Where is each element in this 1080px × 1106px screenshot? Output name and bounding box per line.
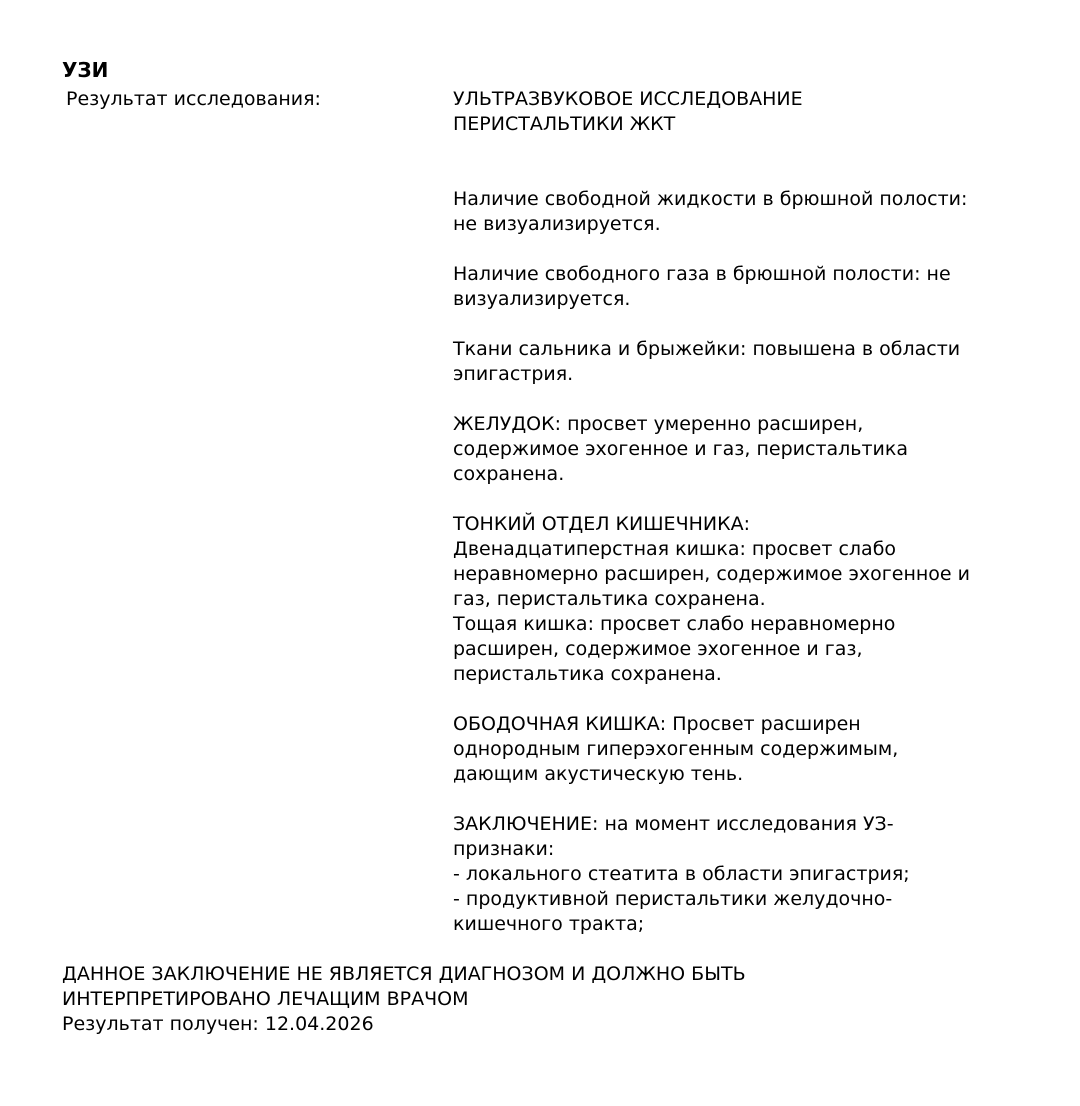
finding-small-intestine: ТОНКИЙ ОТДЕЛ КИШЕЧНИКА: Двенадцатиперстн… xyxy=(453,512,1033,687)
finding-colon: ОБОДОЧНАЯ КИШКА: Просвет расширен одноро… xyxy=(453,712,1033,787)
result-title: УЛЬТРАЗВУКОВОЕ ИССЛЕДОВАНИЕ ПЕРИСТАЛЬТИК… xyxy=(453,87,1033,137)
spacer xyxy=(453,137,1033,187)
disclaimer: ДАННОЕ ЗАКЛЮЧЕНИЕ НЕ ЯВЛЯЕТСЯ ДИАГНОЗОМ … xyxy=(62,962,1022,1012)
finding-stomach: ЖЕЛУДОК: просвет умеренно расширен, соде… xyxy=(453,412,1033,487)
result-received-date: Результат получен: 12.04.2026 xyxy=(62,1012,1022,1037)
result-label: Результат исследования: xyxy=(66,87,321,112)
spacer xyxy=(453,312,1033,337)
footer: ДАННОЕ ЗАКЛЮЧЕНИЕ НЕ ЯВЛЯЕТСЯ ДИАГНОЗОМ … xyxy=(62,962,1022,1037)
spacer xyxy=(453,387,1033,412)
spacer xyxy=(453,687,1033,712)
spacer xyxy=(453,237,1033,262)
spacer xyxy=(453,787,1033,812)
finding-free-fluid: Наличие свободной жидкости в брюшной пол… xyxy=(453,187,1033,237)
conclusion: ЗАКЛЮЧЕНИЕ: на момент исследования УЗ- п… xyxy=(453,812,1033,937)
result-body: УЛЬТРАЗВУКОВОЕ ИССЛЕДОВАНИЕ ПЕРИСТАЛЬТИК… xyxy=(453,87,1033,937)
finding-omentum: Ткани сальника и брыжейки: повышена в об… xyxy=(453,337,1033,387)
finding-free-gas: Наличие свободного газа в брюшной полост… xyxy=(453,262,1033,312)
spacer xyxy=(453,487,1033,512)
section-title: УЗИ xyxy=(62,57,108,83)
